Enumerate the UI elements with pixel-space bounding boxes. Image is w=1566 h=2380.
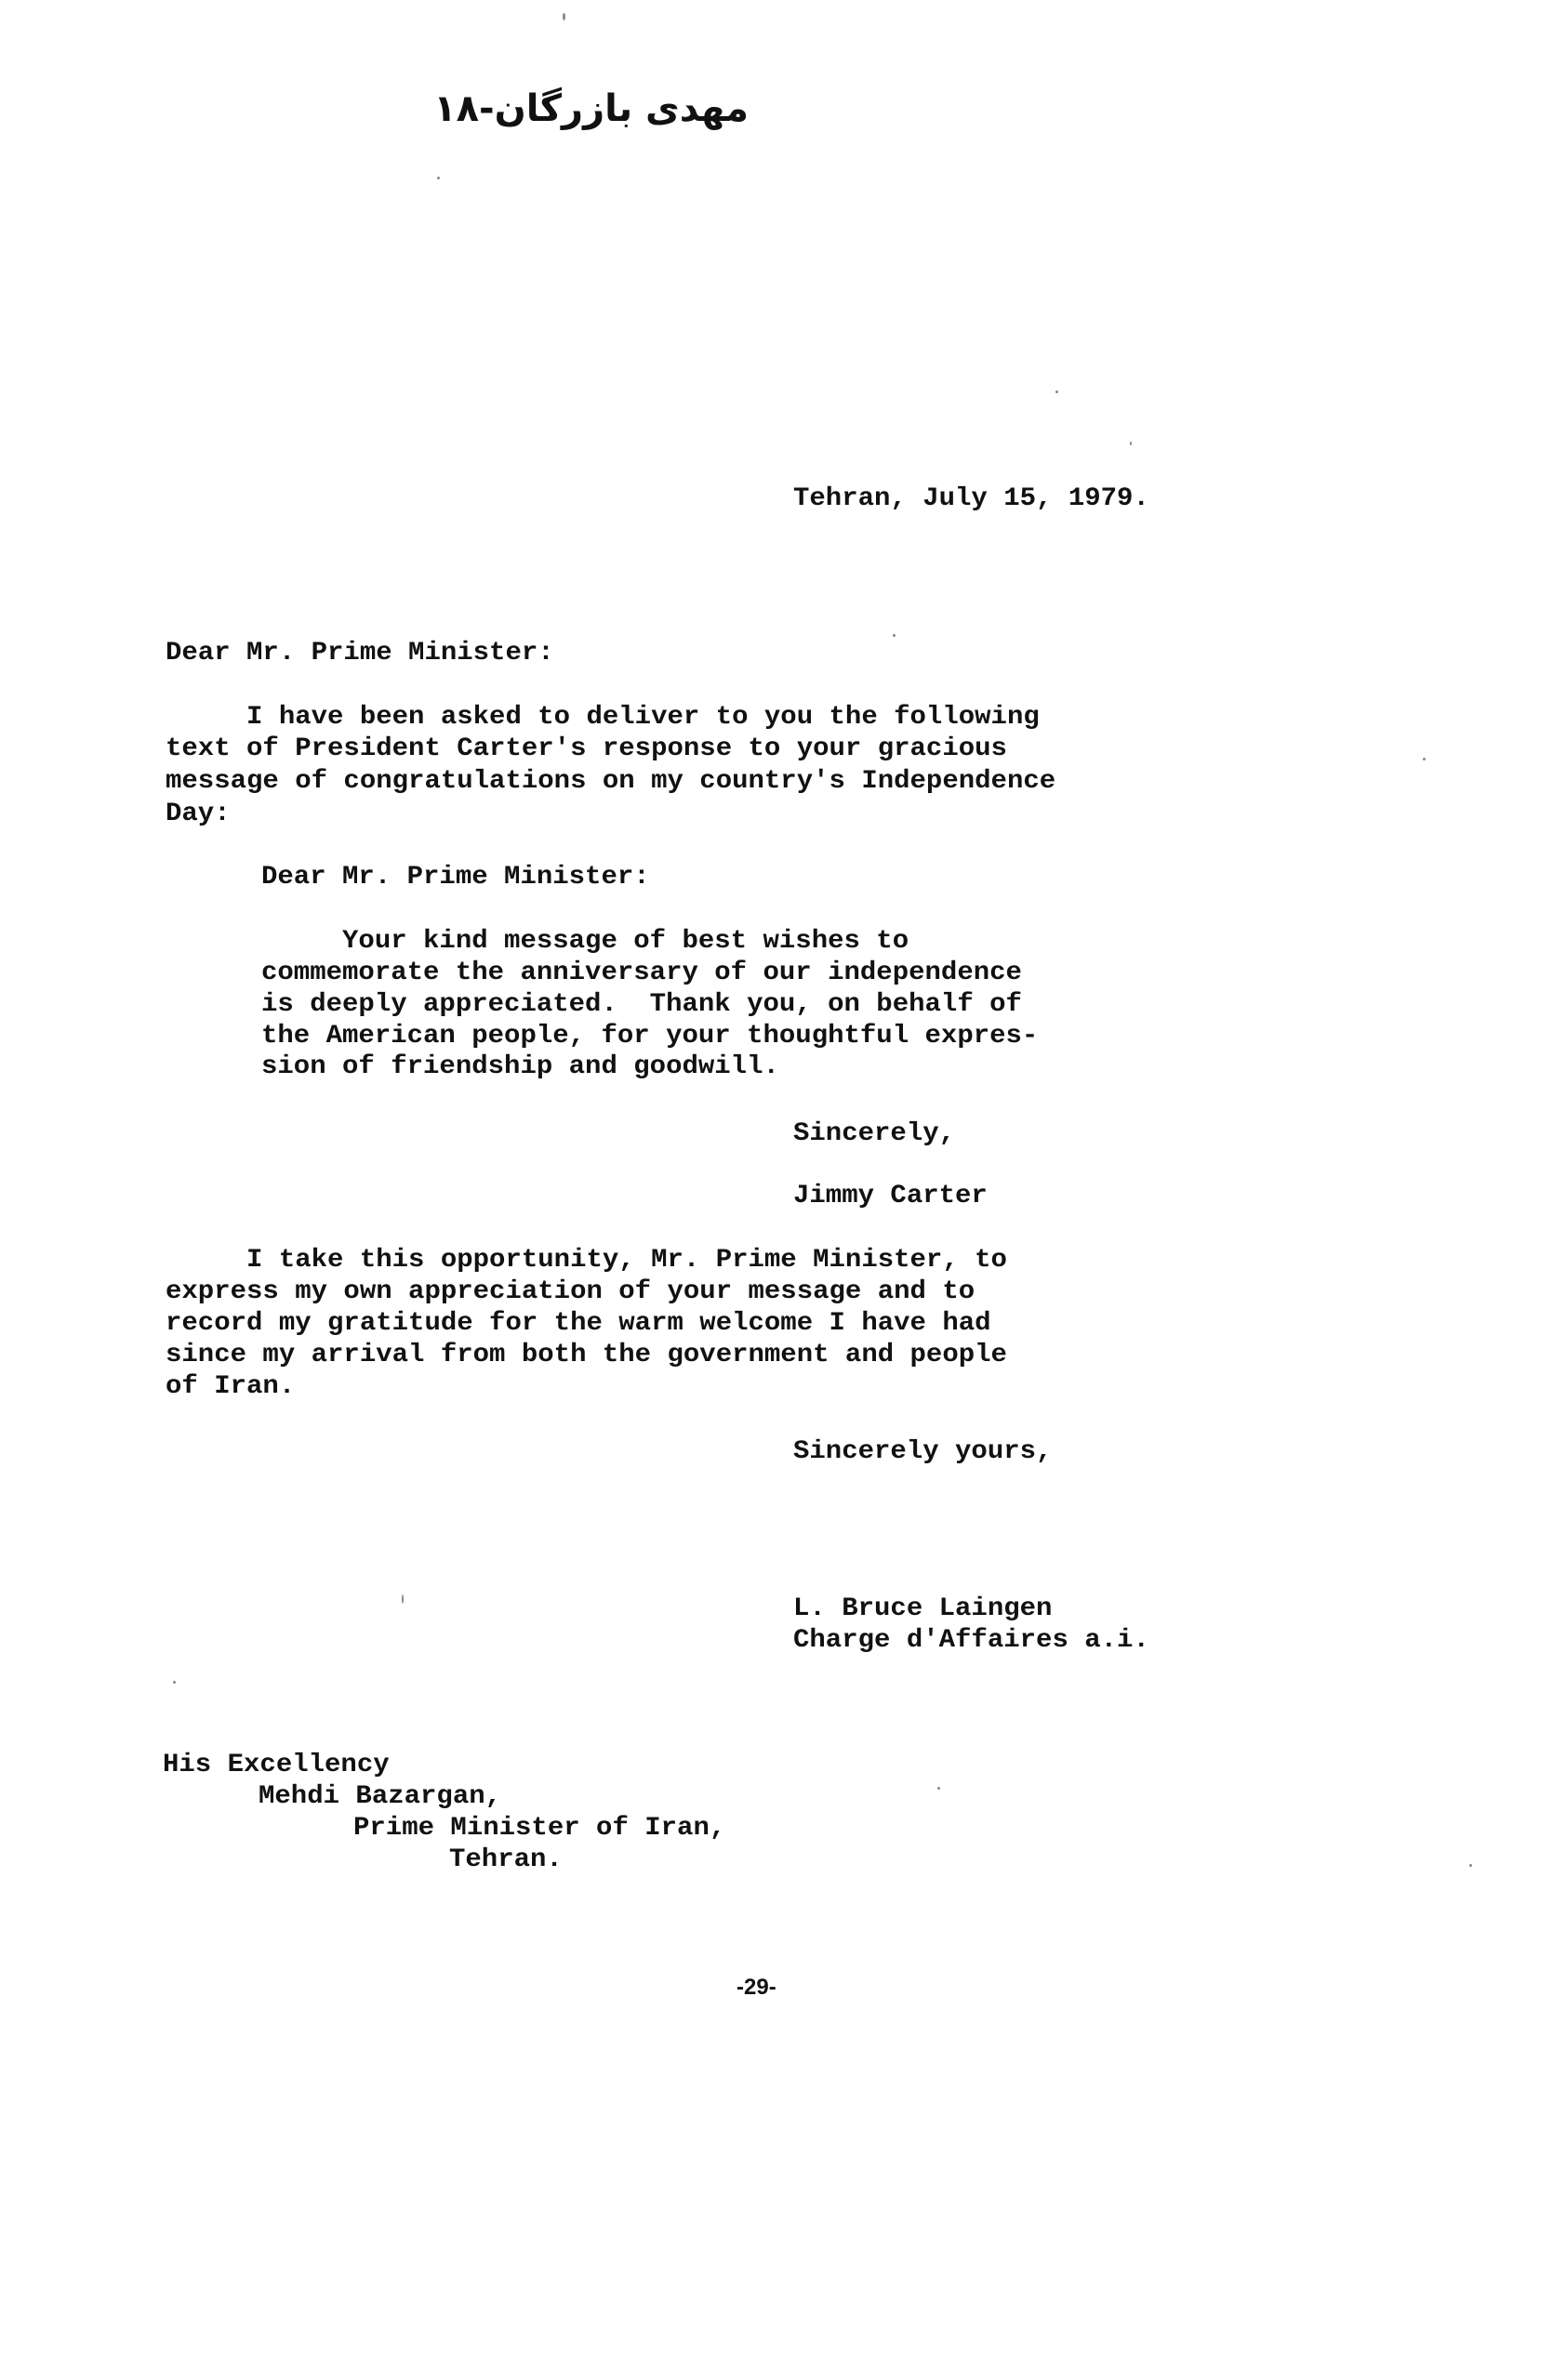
scan-speck bbox=[1130, 442, 1132, 445]
quoted-salutation: Dear Mr. Prime Minister: bbox=[261, 862, 650, 892]
persian-header-reference: مهدی بازرگان-۱۸ bbox=[498, 86, 749, 132]
closing-line: of Iran. bbox=[166, 1371, 295, 1401]
page-number: -29- bbox=[737, 1974, 776, 2002]
scan-speck bbox=[1469, 1864, 1472, 1867]
salutation: Dear Mr. Prime Minister: bbox=[166, 638, 554, 668]
quoted-closing: Sincerely, bbox=[793, 1118, 955, 1148]
intro-line: text of President Carter's response to y… bbox=[166, 734, 1007, 763]
signatory-title: Charge d'Affaires a.i. bbox=[793, 1625, 1149, 1655]
scan-speck bbox=[1055, 390, 1058, 393]
quoted-body-line: is deeply appreciated. Thank you, on beh… bbox=[261, 989, 1022, 1019]
addressee-line: Prime Minister of Iran, bbox=[353, 1813, 725, 1843]
closing-line: record my gratitude for the warm welcome… bbox=[166, 1308, 991, 1338]
quoted-body-line: commemorate the anniversary of our indep… bbox=[261, 958, 1022, 987]
scan-speck bbox=[563, 13, 565, 20]
letter-page: مهدی بازرگان-۱۸ Tehran, July 15, 1979. D… bbox=[0, 0, 1566, 2380]
addressee-line: Tehran. bbox=[449, 1844, 563, 1874]
quoted-body-line: sion of friendship and goodwill. bbox=[261, 1051, 779, 1081]
closing-line: I take this opportunity, Mr. Prime Minis… bbox=[166, 1245, 1007, 1275]
scan-speck bbox=[893, 634, 896, 637]
intro-line: I have been asked to deliver to you the … bbox=[166, 702, 1040, 732]
closing-line: since my arrival from both the governmen… bbox=[166, 1340, 1007, 1369]
scan-speck bbox=[402, 1594, 404, 1604]
scan-speck bbox=[173, 1681, 176, 1684]
scan-speck bbox=[437, 177, 440, 179]
complimentary-close: Sincerely yours, bbox=[793, 1436, 1052, 1466]
intro-line: Day: bbox=[166, 799, 231, 828]
addressee-line: His Excellency bbox=[163, 1750, 390, 1779]
scan-speck bbox=[937, 1787, 940, 1790]
intro-line: message of congratulations on my country… bbox=[166, 766, 1055, 796]
quoted-body-line: Your kind message of best wishes to bbox=[261, 926, 909, 956]
signatory-name: L. Bruce Laingen bbox=[793, 1593, 1052, 1623]
scan-speck bbox=[1423, 758, 1426, 760]
quoted-body-line: the American people, for your thoughtful… bbox=[261, 1021, 1038, 1051]
addressee-line: Mehdi Bazargan, bbox=[259, 1781, 501, 1811]
dateline: Tehran, July 15, 1979. bbox=[793, 483, 1149, 513]
quoted-signature: Jimmy Carter bbox=[793, 1181, 988, 1210]
closing-line: express my own appreciation of your mess… bbox=[166, 1276, 975, 1306]
